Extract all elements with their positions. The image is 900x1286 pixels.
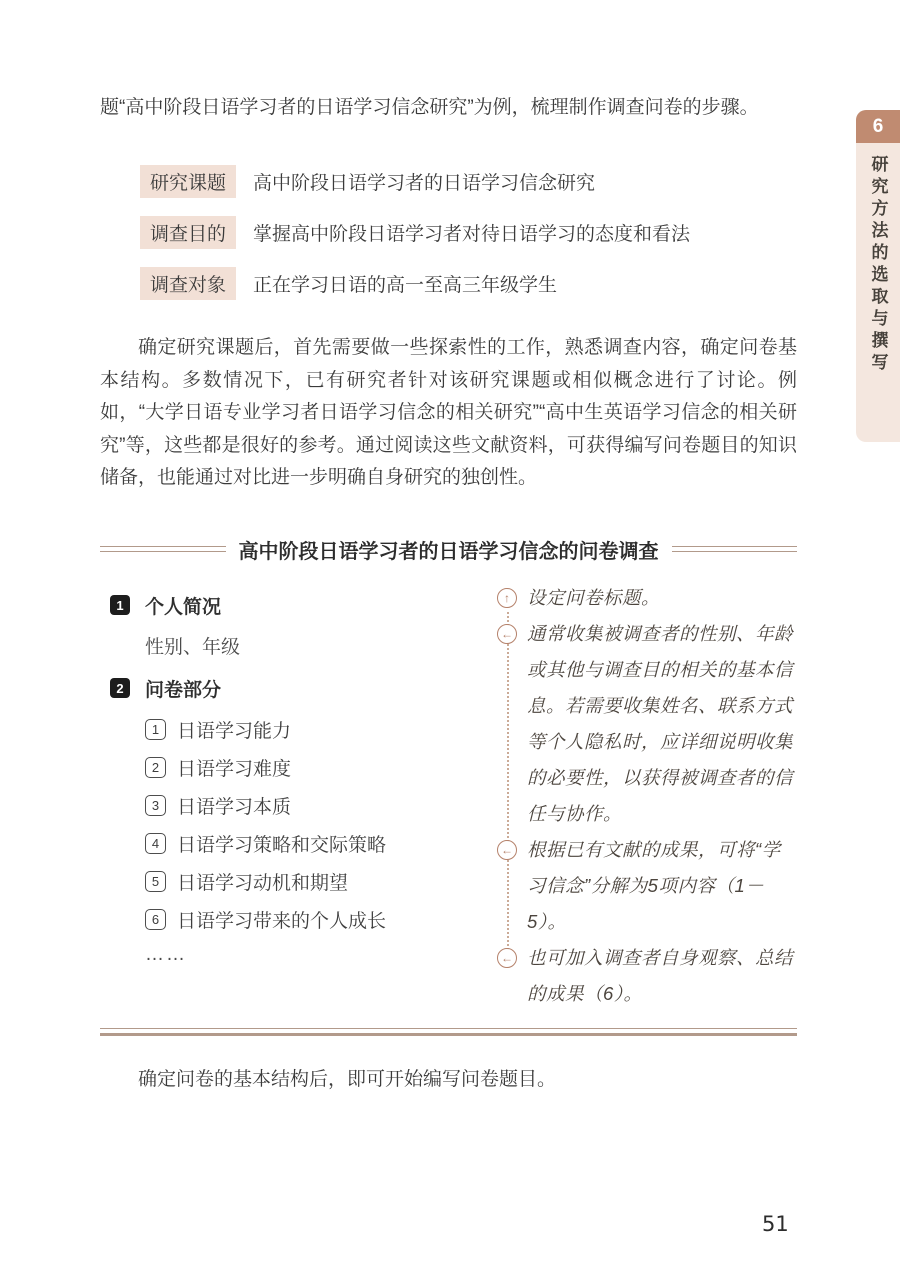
circle-up-arrow-icon: ↑: [497, 588, 517, 608]
chapter-number: 6: [856, 110, 900, 143]
survey-info-table: 研究课题 高中阶段日语学习者的日语学习信念研究 调查目的 掌握高中阶段日语学习者…: [140, 165, 797, 300]
annotation: ← 也可加入调查者自身观察、总结的成果（6）。: [497, 940, 797, 1012]
section-heading: 个人简况: [145, 592, 221, 619]
body-paragraph: 确定研究课题后，首先需要做一些探索性的工作，熟悉调查内容，确定问卷基本结构。多数…: [100, 332, 797, 495]
chapter-title-vertical: 研究方法的选取与撰写: [866, 155, 891, 375]
decorative-rule-right: [672, 546, 798, 552]
closing-paragraph: 确定问卷的基本结构后，即可开始编写问卷题目。: [100, 1064, 797, 1091]
chapter-side-tab: 6 研究方法的选取与撰写: [856, 110, 900, 442]
circle-left-arrow-icon: ←: [497, 948, 517, 968]
boxed-number: 5: [145, 871, 166, 892]
row-value: 正在学习日语的高一至高三年级学生: [253, 270, 557, 297]
row-label: 调查目的: [140, 216, 236, 249]
annotation-text: 通常收集被调查者的性别、年龄或其他与调查目的相关的基本信息。若需要收集姓名、联系…: [527, 616, 797, 832]
list-item: 2 日语学习难度: [145, 754, 485, 781]
questionnaire-columns: 1 个人简况 性别、年级 2 问卷部分 1 日语学习能力: [100, 576, 797, 1012]
boxed-number: 6: [145, 909, 166, 930]
lead-paragraph: 题“高中阶段日语学习者的日语学习信念研究”为例，梳理制作调查问卷的步骤。: [100, 92, 797, 123]
annotation-text: 也可加入调查者自身观察、总结的成果（6）。: [527, 940, 797, 1012]
section-bottom-rule: [100, 1028, 797, 1036]
ellipsis: ……: [145, 944, 485, 966]
book-page: 题“高中阶段日语学习者的日语学习信念研究”为例，梳理制作调查问卷的步骤。 研究课…: [0, 0, 900, 1286]
circle-left-arrow-icon: ←: [497, 624, 517, 644]
outline-item-list: 1 日语学习能力 2 日语学习难度 3 日语学习本质 4: [145, 716, 485, 933]
boxed-number: 3: [145, 795, 166, 816]
table-row: 调查目的 掌握高中阶段日语学习者对待日语学习的态度和看法: [140, 216, 797, 249]
row-label: 研究课题: [140, 165, 236, 198]
boxed-number: 1: [145, 719, 166, 740]
section-number-badge: 2: [110, 678, 130, 698]
handwritten-annotations: ↑ 设定问卷标题。 ← 通常收集被调查者的性别、年龄或其他与调查目的相关的基本信…: [485, 576, 797, 1012]
list-item-text: 日语学习带来的个人成长: [177, 906, 386, 933]
section-number-badge: 1: [110, 595, 130, 615]
table-row: 研究课题 高中阶段日语学习者的日语学习信念研究: [140, 165, 797, 198]
annotation: ← 通常收集被调查者的性别、年龄或其他与调查目的相关的基本信息。若需要收集姓名、…: [497, 616, 797, 832]
questionnaire-title: 高中阶段日语学习者的日语学习信念的问卷调查: [239, 535, 659, 564]
list-item: 3 日语学习本质: [145, 792, 485, 819]
page-content: 题“高中阶段日语学习者的日语学习信念研究”为例，梳理制作调查问卷的步骤。 研究课…: [100, 92, 797, 1091]
annotation-text: 根据已有文献的成果，可将“学习信念”分解为5项内容（1－5）。: [527, 832, 797, 940]
row-label: 调查对象: [140, 267, 236, 300]
list-item: 4 日语学习策略和交际策略: [145, 830, 485, 857]
list-item: 5 日语学习动机和期望: [145, 868, 485, 895]
list-item: 1 日语学习能力: [145, 716, 485, 743]
list-item: 6 日语学习带来的个人成长: [145, 906, 485, 933]
table-row: 调查对象 正在学习日语的高一至高三年级学生: [140, 267, 797, 300]
questionnaire-outline: 1 个人简况 性别、年级 2 问卷部分 1 日语学习能力: [100, 576, 485, 1012]
list-item-text: 日语学习本质: [177, 792, 291, 819]
questionnaire-title-row: 高中阶段日语学习者的日语学习信念的问卷调查: [100, 535, 797, 564]
boxed-number: 4: [145, 833, 166, 854]
row-value: 高中阶段日语学习者的日语学习信念研究: [253, 168, 595, 195]
decorative-rule-left: [100, 546, 226, 552]
row-value: 掌握高中阶段日语学习者对待日语学习的态度和看法: [253, 219, 690, 246]
outline-section-2: 2 问卷部分: [110, 675, 485, 702]
list-item-text: 日语学习能力: [177, 716, 291, 743]
annotation: ← 根据已有文献的成果，可将“学习信念”分解为5项内容（1－5）。: [497, 832, 797, 940]
list-item-text: 日语学习策略和交际策略: [177, 830, 386, 857]
list-item-text: 日语学习动机和期望: [177, 868, 348, 895]
section-1-detail: 性别、年级: [145, 632, 485, 659]
annotation: ↑ 设定问卷标题。: [497, 580, 797, 616]
questionnaire-example-box: 高中阶段日语学习者的日语学习信念的问卷调查 1 个人简况 性别、年级 2 问卷部…: [100, 535, 797, 1036]
boxed-number: 2: [145, 757, 166, 778]
annotation-text: 设定问卷标题。: [527, 580, 660, 616]
outline-section-1: 1 个人简况: [110, 592, 485, 619]
section-heading: 问卷部分: [145, 675, 221, 702]
page-number: 51: [762, 1212, 789, 1236]
circle-left-arrow-icon: ←: [497, 840, 517, 860]
list-item-text: 日语学习难度: [177, 754, 291, 781]
